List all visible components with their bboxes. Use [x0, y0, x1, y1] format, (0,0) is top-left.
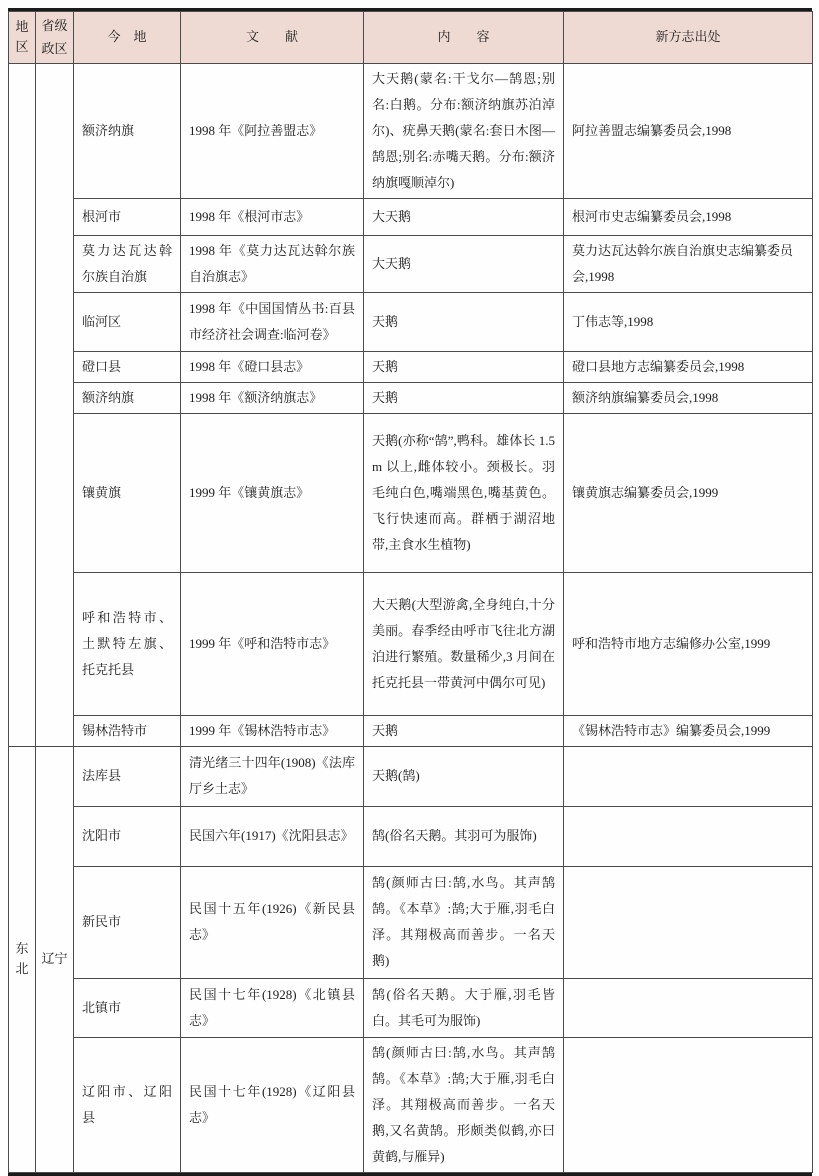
table-row: 额济纳旗 1998 年《阿拉善盟志》 大天鹅(蒙名:干戈尔—鹄恩;别名:白鹅。分… [9, 63, 813, 198]
literature-cell: 1998 年《阿拉善盟志》 [181, 63, 364, 198]
source-cell: 根河市史志编纂委员会,1998 [564, 198, 813, 235]
province-cell-group2: 辽宁 [36, 746, 74, 1172]
place-cell: 临河区 [74, 292, 181, 351]
place-cell: 根河市 [74, 198, 181, 235]
header-place: 今 地 [74, 12, 181, 64]
content-cell: 天鹅 [364, 292, 564, 351]
source-cell: 阿拉善盟志编纂委员会,1998 [564, 63, 813, 198]
table-row: 额济纳旗 1998 年《额济纳旗志》 天鹅 额济纳旗编纂委员会,1998 [9, 382, 813, 413]
source-cell: 《锡林浩特市志》编纂委员会,1999 [564, 715, 813, 746]
header-literature: 文 献 [181, 12, 364, 64]
literature-cell: 1998 年《中国国情丛书:百县市经济社会调查:临河卷》 [181, 292, 364, 351]
table-row: 呼和浩特市、土默特左旗、托克托县 1999 年《呼和浩特市志》 大天鹅(大型游禽… [9, 572, 813, 715]
source-cell [564, 866, 813, 978]
content-cell: 大天鹅 [364, 235, 564, 292]
place-cell: 磴口县 [74, 351, 181, 382]
gazetteer-table-frame: 地区 省级政区 今 地 文 献 内 容 新方志出处 额济纳旗 1998 年《阿拉… [8, 8, 812, 1176]
literature-cell: 民国六年(1917)《沈阳县志》 [181, 806, 364, 866]
literature-cell: 民国十五年(1926)《新民县志》 [181, 866, 364, 978]
literature-cell: 民国十七年(1928)《辽阳县志》 [181, 1037, 364, 1172]
literature-cell: 清光绪三十四年(1908)《法库厅乡土志》 [181, 746, 364, 806]
province-cell-group1 [36, 63, 74, 746]
table-row: 辽阳市、辽阳县 民国十七年(1928)《辽阳县志》 鹄(颜师古曰:鹄,水鸟。其声… [9, 1037, 813, 1172]
place-cell: 北镇市 [74, 978, 181, 1037]
header-province: 省级政区 [36, 12, 74, 64]
gazetteer-table: 地区 省级政区 今 地 文 献 内 容 新方志出处 额济纳旗 1998 年《阿拉… [8, 11, 813, 1173]
content-cell: 鹄(俗名天鹅。其羽可为服饰) [364, 806, 564, 866]
literature-cell: 1999 年《呼和浩特市志》 [181, 572, 364, 715]
source-cell: 镶黄旗志编纂委员会,1999 [564, 413, 813, 572]
content-cell: 鹄(颜师古曰:鹄,水鸟。其声鹄鹄。《本草》:鹄;大于雁,羽毛白泽。其翔极高而善步… [364, 866, 564, 978]
literature-cell: 1999 年《镶黄旗志》 [181, 413, 364, 572]
region-cell-group1 [9, 63, 36, 746]
place-cell: 呼和浩特市、土默特左旗、托克托县 [74, 572, 181, 715]
literature-cell: 1998 年《额济纳旗志》 [181, 382, 364, 413]
place-cell: 镶黄旗 [74, 413, 181, 572]
table-row: 新民市 民国十五年(1926)《新民县志》 鹄(颜师古曰:鹄,水鸟。其声鹄鹄。《… [9, 866, 813, 978]
source-cell [564, 1037, 813, 1172]
content-cell: 鹄(颜师古曰:鹄,水鸟。其声鹄鹄。《本草》:鹄;大于雁,羽毛白泽。其翔极高而善步… [364, 1037, 564, 1172]
table-row: 东北 辽宁 法库县 清光绪三十四年(1908)《法库厅乡土志》 天鹅(鹄) [9, 746, 813, 806]
header-province-label: 省级政区 [41, 14, 69, 61]
literature-cell: 1998 年《磴口县志》 [181, 351, 364, 382]
source-cell [564, 978, 813, 1037]
content-cell: 鹄(俗名天鹅。大于雁,羽毛皆白。其毛可为服饰) [364, 978, 564, 1037]
source-cell: 磴口县地方志编纂委员会,1998 [564, 351, 813, 382]
table-row: 根河市 1998 年《根河市志》 大天鹅 根河市史志编纂委员会,1998 [9, 198, 813, 235]
literature-cell: 1998 年《根河市志》 [181, 198, 364, 235]
province-label-liaoning: 辽宁 [41, 951, 67, 966]
header-row: 地区 省级政区 今 地 文 献 内 容 新方志出处 [9, 12, 813, 64]
place-cell: 沈阳市 [74, 806, 181, 866]
table-row: 镶黄旗 1999 年《镶黄旗志》 天鹅(亦称“鹄”,鸭科。雄体长 1.5 m 以… [9, 413, 813, 572]
source-cell: 丁伟志等,1998 [564, 292, 813, 351]
literature-cell: 1999 年《锡林浩特市志》 [181, 715, 364, 746]
table-header: 地区 省级政区 今 地 文 献 内 容 新方志出处 [9, 12, 813, 64]
table-row: 锡林浩特市 1999 年《锡林浩特市志》 天鹅 《锡林浩特市志》编纂委员会,19… [9, 715, 813, 746]
place-cell: 莫力达瓦达斡尔族自治旗 [74, 235, 181, 292]
place-cell: 额济纳旗 [74, 63, 181, 198]
table-row: 莫力达瓦达斡尔族自治旗 1998 年《莫力达瓦达斡尔族自治旗志》 大天鹅 莫力达… [9, 235, 813, 292]
content-cell: 大天鹅(大型游禽,全身纯白,十分美丽。春季经由呼市飞往北方湖泊进行繁殖。数量稀少… [364, 572, 564, 715]
table-row: 临河区 1998 年《中国国情丛书:百县市经济社会调查:临河卷》 天鹅 丁伟志等… [9, 292, 813, 351]
content-cell: 天鹅 [364, 715, 564, 746]
content-cell: 大天鹅(蒙名:干戈尔—鹄恩;别名:白鹅。分布:额济纳旗苏泊淖尔)、疣鼻天鹅(蒙名… [364, 63, 564, 198]
header-region-label: 地区 [15, 17, 29, 57]
literature-cell: 1998 年《莫力达瓦达斡尔族自治旗志》 [181, 235, 364, 292]
content-cell: 天鹅(亦称“鹄”,鸭科。雄体长 1.5 m 以上,雌体较小。颈极长。羽毛纯白色,… [364, 413, 564, 572]
literature-cell: 民国十七年(1928)《北镇县志》 [181, 978, 364, 1037]
header-content: 内 容 [364, 12, 564, 64]
table-body: 额济纳旗 1998 年《阿拉善盟志》 大天鹅(蒙名:干戈尔—鹄恩;别名:白鹅。分… [9, 63, 813, 1172]
region-cell-group2: 东北 [9, 746, 36, 1172]
content-cell: 天鹅 [364, 351, 564, 382]
place-cell: 额济纳旗 [74, 382, 181, 413]
table-row: 磴口县 1998 年《磴口县志》 天鹅 磴口县地方志编纂委员会,1998 [9, 351, 813, 382]
header-source: 新方志出处 [564, 12, 813, 64]
content-cell: 天鹅(鹄) [364, 746, 564, 806]
header-region: 地区 [9, 12, 36, 64]
source-cell [564, 806, 813, 866]
table-row: 沈阳市 民国六年(1917)《沈阳县志》 鹄(俗名天鹅。其羽可为服饰) [9, 806, 813, 866]
table-row: 北镇市 民国十七年(1928)《北镇县志》 鹄(俗名天鹅。大于雁,羽毛皆白。其毛… [9, 978, 813, 1037]
place-cell: 新民市 [74, 866, 181, 978]
content-cell: 天鹅 [364, 382, 564, 413]
place-cell: 锡林浩特市 [74, 715, 181, 746]
source-cell: 莫力达瓦达斡尔族自治旗史志编纂委员会,1998 [564, 235, 813, 292]
source-cell [564, 746, 813, 806]
content-cell: 大天鹅 [364, 198, 564, 235]
place-cell: 法库县 [74, 746, 181, 806]
source-cell: 呼和浩特市地方志编修办公室,1999 [564, 572, 813, 715]
region-label-northeast: 东北 [15, 939, 29, 979]
place-cell: 辽阳市、辽阳县 [74, 1037, 181, 1172]
source-cell: 额济纳旗编纂委员会,1998 [564, 382, 813, 413]
